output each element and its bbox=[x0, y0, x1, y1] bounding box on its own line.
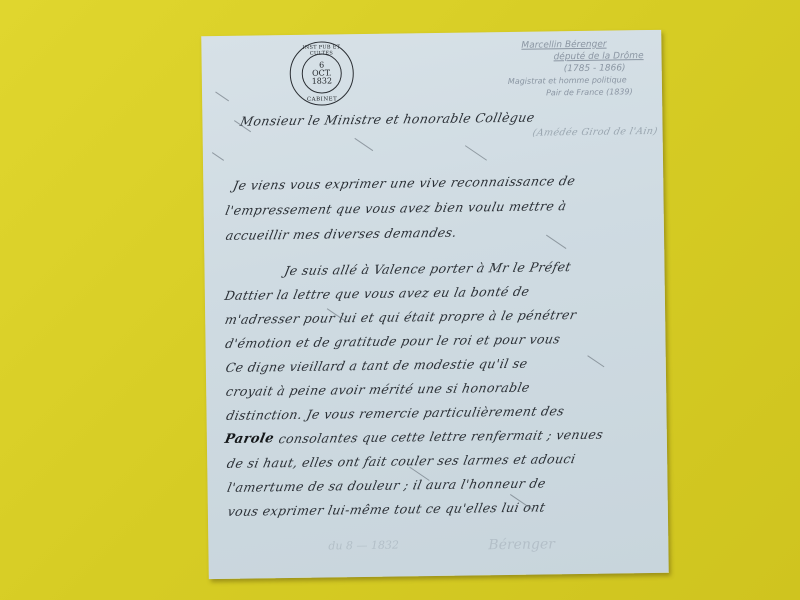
stamp-ring-bottom: CABINET bbox=[291, 96, 353, 103]
show-through-signature: Bérenger bbox=[488, 536, 555, 553]
letter-line: d'émotion et de gratitude pour le roi et… bbox=[224, 331, 562, 351]
letter-line: l'amertume de sa douleur ; il aura l'hon… bbox=[226, 475, 547, 494]
letter-line: distinction. Je vous remercie particuliè… bbox=[225, 403, 566, 423]
letter-line: vous exprimer lui-même tout ce qu'elles … bbox=[226, 499, 546, 518]
letter-line: consolantes que cette lettre renfermait … bbox=[277, 427, 604, 447]
letter-line: accueillir mes diverses demandes. bbox=[225, 225, 459, 243]
bleed-stroke bbox=[546, 235, 567, 249]
bleed-stroke bbox=[354, 138, 373, 151]
annotation-line: Pair de France (1839) bbox=[502, 86, 662, 100]
letter-line: Je viens vous exprimer une vive reconnai… bbox=[232, 173, 577, 193]
letter-line: de si haut, elles ont fait couler ses la… bbox=[226, 451, 577, 471]
margin-mark: Parole bbox=[223, 431, 275, 447]
bleed-stroke bbox=[215, 92, 229, 102]
stamp-ring-top: INST PUB ET CULTES bbox=[290, 44, 352, 57]
bleed-stroke bbox=[587, 355, 604, 367]
cabinet-stamp: INST PUB ET CULTES 6 OCT. 1832 CABINET bbox=[289, 41, 354, 106]
letter-line: Ce digne vieillard a tant de modestie qu… bbox=[224, 356, 529, 375]
show-through-date: du 8 — 1832 bbox=[328, 539, 399, 553]
annotation-line: député de la Drôme bbox=[501, 50, 661, 64]
letter-page: INST PUB ET CULTES 6 OCT. 1832 CABINET M… bbox=[201, 30, 669, 579]
letter-line: croyait à peine avoir mérité une si hono… bbox=[225, 380, 532, 399]
stamp-date: 6 OCT. 1832 bbox=[301, 53, 342, 94]
bleed-stroke bbox=[212, 152, 224, 161]
archival-annotation: Marcellin Bérenger député de la Drôme (1… bbox=[501, 38, 662, 100]
letter-line: m'adresser pour lui et qui était propre … bbox=[224, 307, 578, 327]
letter-line: Dattier la lettre que vous avez eu la bo… bbox=[223, 284, 531, 303]
salutation: Monsieur le Ministre et honorable Collèg… bbox=[239, 110, 536, 129]
letter-line: Je suis allé à Valence porter à Mr le Pr… bbox=[283, 259, 572, 278]
letter-line: l'empressement que vous avez bien voulu … bbox=[224, 198, 568, 218]
stamp-year: 1832 bbox=[312, 77, 332, 85]
salutation-note: (Amédée Girod de l'Ain) bbox=[532, 126, 659, 139]
bleed-stroke bbox=[465, 145, 487, 161]
